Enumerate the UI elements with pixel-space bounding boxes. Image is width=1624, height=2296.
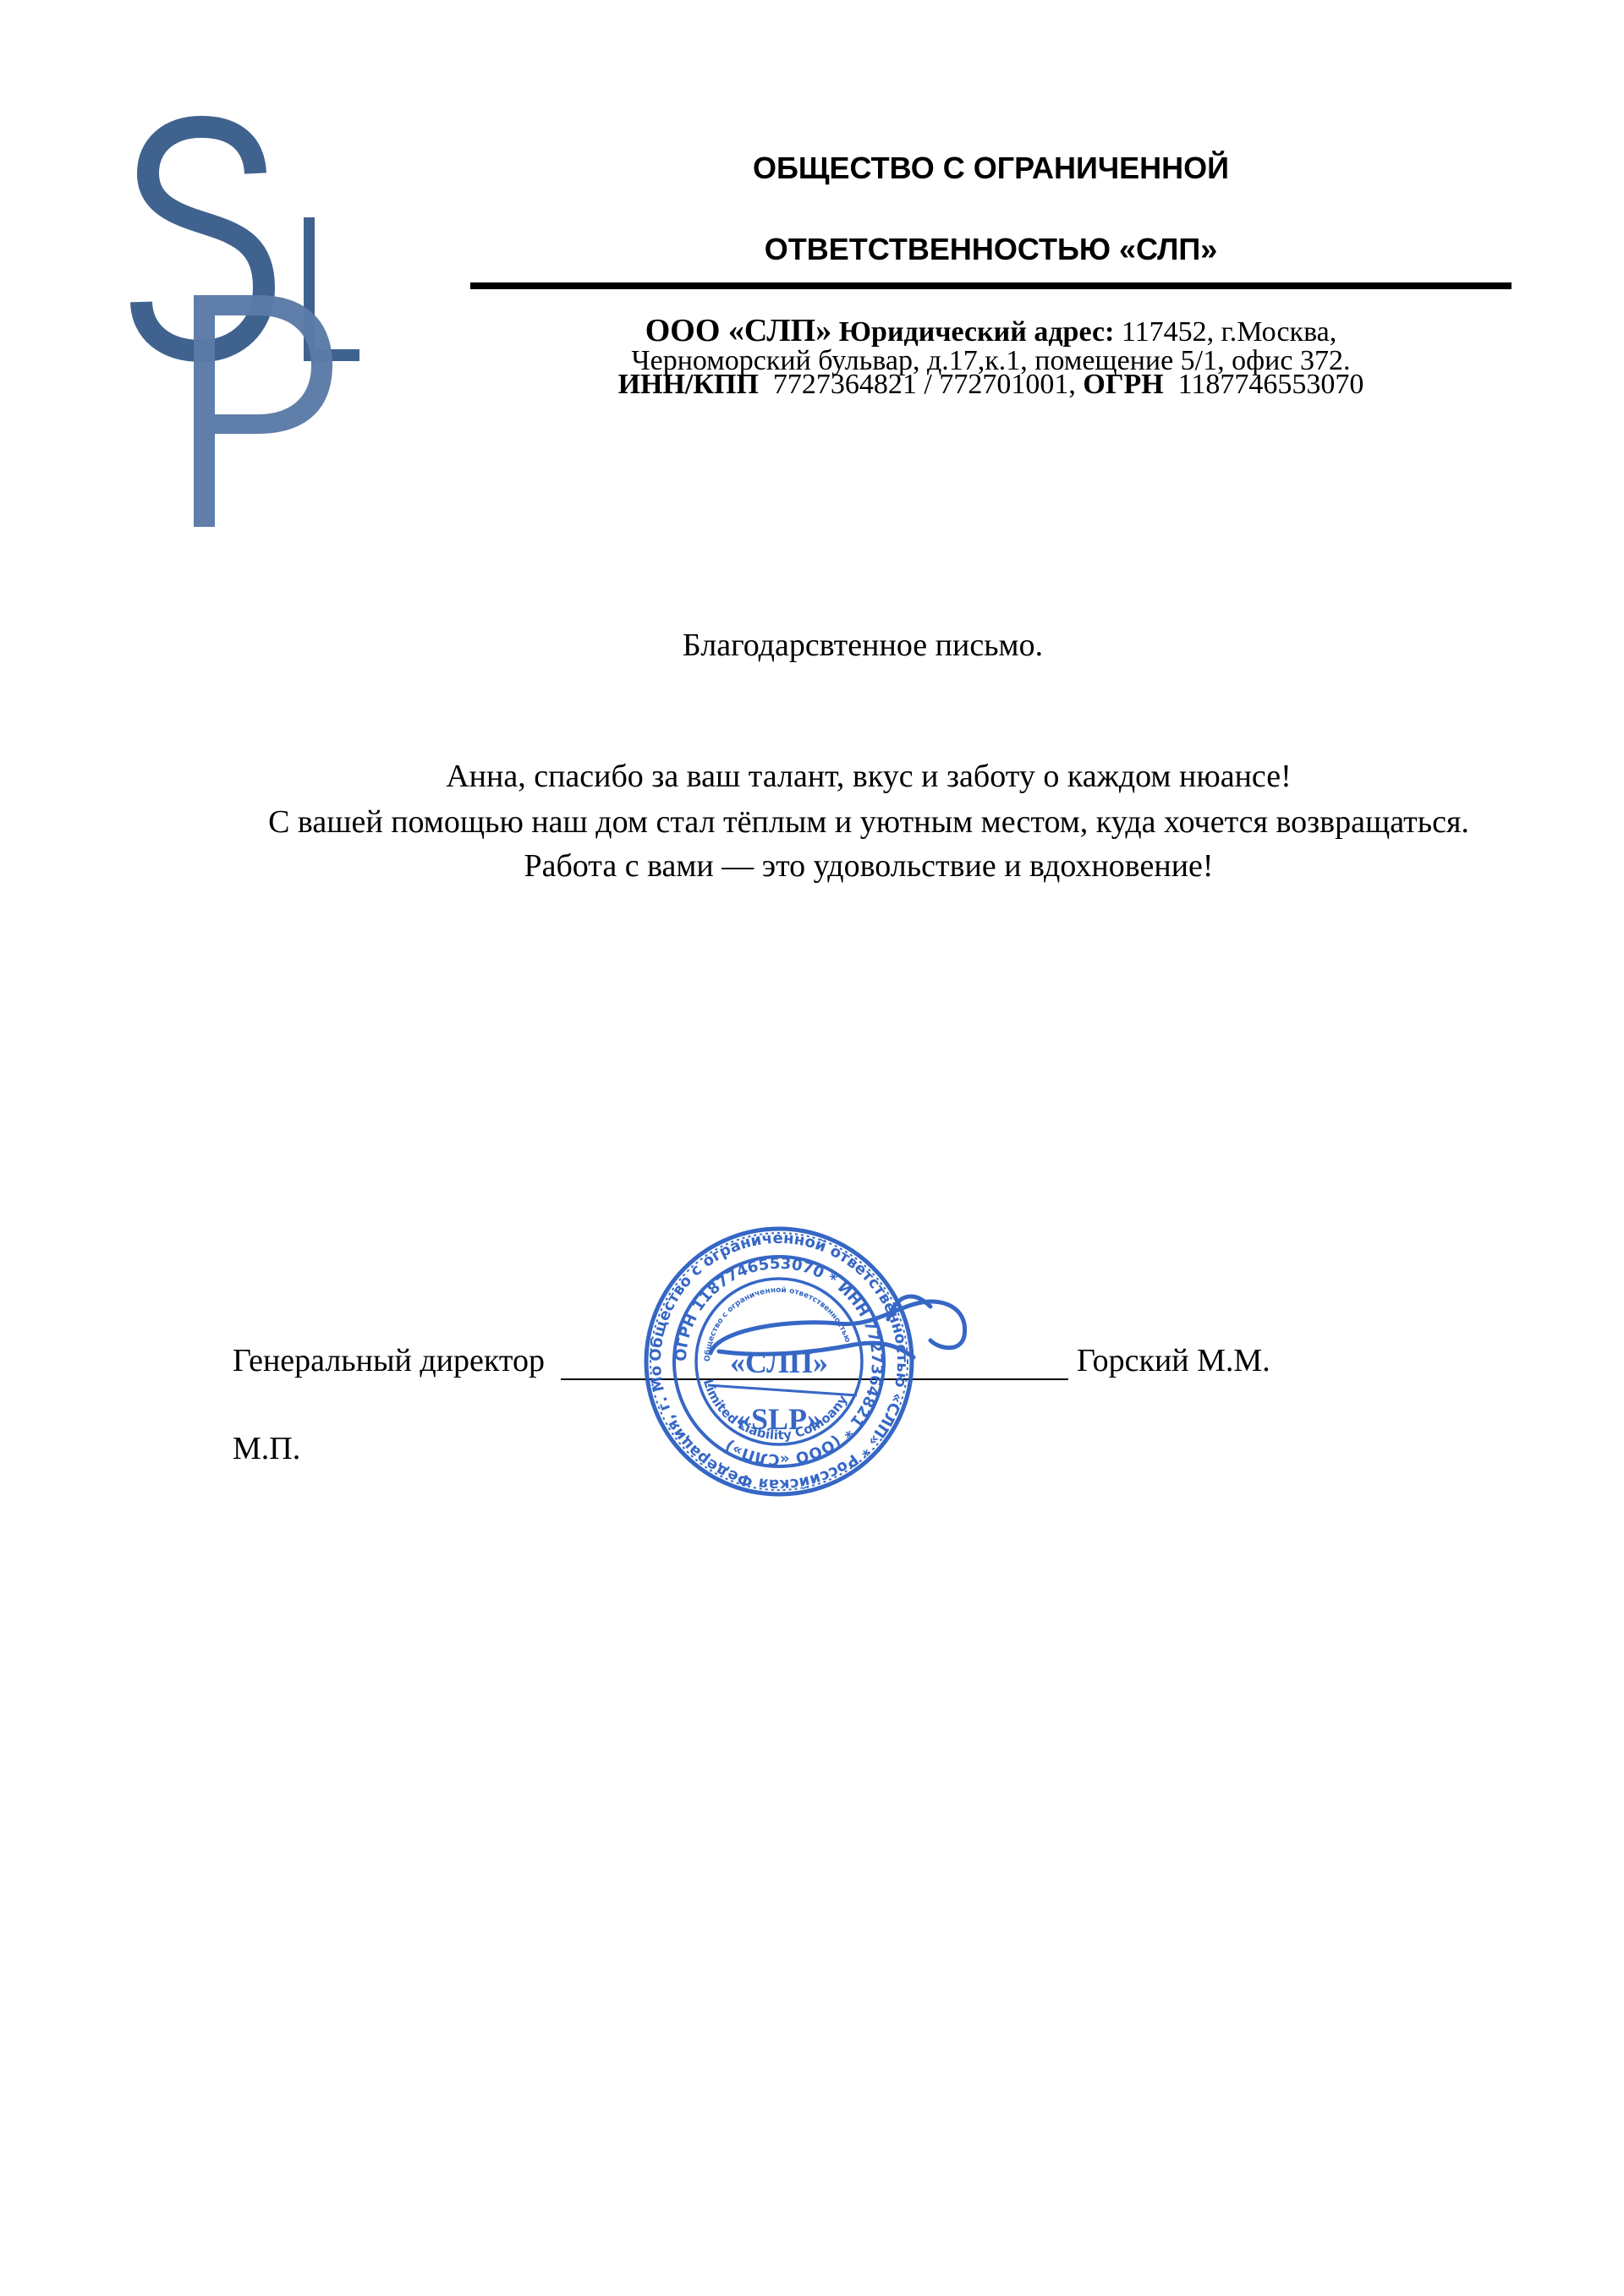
header-divider xyxy=(470,282,1512,289)
ogrn-label: ОГРН xyxy=(1083,369,1163,400)
ogrn-value: 1187746553070 xyxy=(1178,369,1364,400)
seal-label: М.П. xyxy=(233,1433,300,1465)
letter-page: ОБЩЕСТВО С ОГРАНИЧЕННОЙ ОТВЕТСТВЕННОСТЬЮ… xyxy=(0,0,1624,2296)
signatory-name: Горский М.М. xyxy=(1077,1345,1270,1377)
legal-address-label: Юридический адрес: xyxy=(839,316,1115,348)
body-line: Анна, спасибо за ваш талант, вкус и забо… xyxy=(0,760,1624,792)
signatory-role: Генеральный директор xyxy=(233,1345,545,1377)
body-line: С вашей помощью наш дом стал тёплым и ую… xyxy=(0,806,1624,838)
inn-kpp-value: 7727364821 / 772701001, xyxy=(773,369,1076,400)
inn-kpp-label: ИНН/КПП xyxy=(618,369,759,400)
slp-logo-icon xyxy=(118,101,372,541)
company-title-line2: ОТВЕТСТВЕННОСТЬЮ «СЛП» xyxy=(470,234,1512,265)
company-short-name: ООО «СЛП» xyxy=(645,313,832,348)
registration-line: ИНН/КПП 7727364821 / 772701001, ОГРН 118… xyxy=(470,370,1512,399)
company-stamp-icon: Общество с ограниченной ответственностью… xyxy=(592,1201,998,1556)
company-title-line1: ОБЩЕСТВО С ОГРАНИЧЕННОЙ xyxy=(470,153,1512,184)
letter-title: Благодарсвтенное письмо. xyxy=(0,629,1624,661)
legal-address-start: 117452, г.Москва, xyxy=(1122,316,1336,348)
body-line: Работа с вами — это удовольствие и вдохн… xyxy=(0,850,1624,882)
address-line1: ООО «СЛП» Юридический адрес: 117452, г.М… xyxy=(470,315,1512,347)
